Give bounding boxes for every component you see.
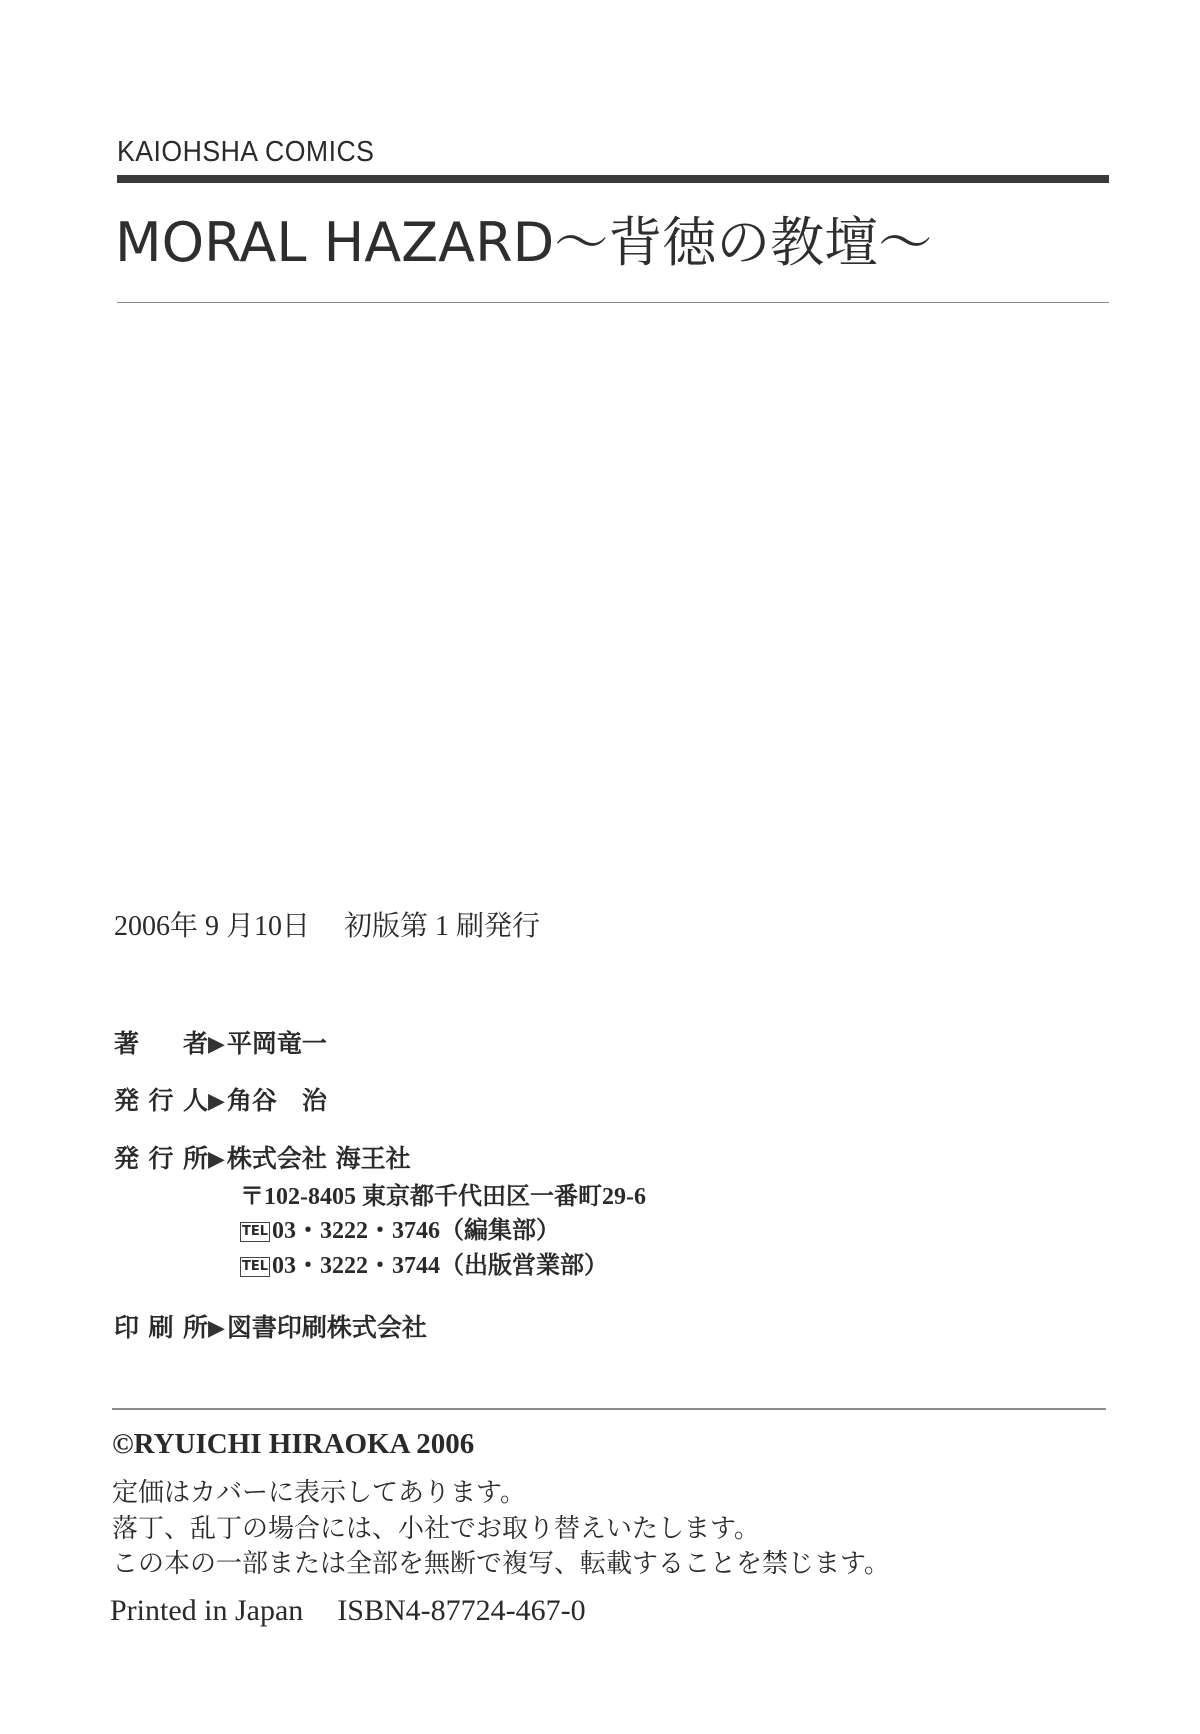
credit-author: 著 者▶平岡竜一 (114, 1024, 327, 1060)
arrow-icon: ▶ (208, 1089, 225, 1114)
notice-copy-prohibited: この本の一部または全部を無断で複写、転載することを禁じます。 (112, 1543, 890, 1580)
credit-value: 株式会社 海王社 (227, 1144, 411, 1173)
arrow-icon: ▶ (208, 1032, 225, 1057)
arrow-icon: ▶ (208, 1147, 225, 1172)
credit-value: 図書印刷株式会社 (227, 1313, 427, 1342)
footer-divider (112, 1408, 1106, 1410)
edition-line: 2006年 9 月10日初版第 1 刷発行 (114, 904, 540, 944)
tel-editorial-number: 03・3222・3746（編集部） (272, 1218, 560, 1244)
series-label: KAIOHSHA COMICS (117, 136, 374, 169)
publisher-tel-editorial: TEL03・3222・3746（編集部） (240, 1210, 560, 1245)
notice-replacement: 落丁、乱丁の場合には、小社でお取り替えいたします。 (112, 1508, 760, 1545)
notice-price: 定価はカバーに表示してあります。 (112, 1472, 526, 1509)
book-title: MORAL HAZARD～背徳の教壇～ (115, 212, 932, 274)
credit-value: 平岡竜一 (227, 1029, 327, 1058)
telephone-icon: TEL (240, 1222, 270, 1242)
printing-info: 初版第 1 刷発行 (344, 911, 540, 942)
publisher-postal-address: 〒102-8405 東京都千代田区一番町29-6 (240, 1176, 646, 1211)
tel-sales-number: 03・3222・3744（出版営業部） (272, 1253, 608, 1279)
credit-label: 著 者 (114, 1024, 208, 1060)
arrow-icon: ▶ (208, 1316, 225, 1341)
isbn: ISBN4-87724-467-0 (337, 1594, 585, 1627)
publication-date: 2006年 9 月10日 (114, 911, 310, 942)
telephone-icon: TEL (240, 1257, 270, 1277)
copyright-line: ©RYUICHI HIRAOKA 2006 (112, 1428, 474, 1461)
credit-label: 印刷所 (114, 1308, 208, 1344)
credit-printer: 印刷所▶図書印刷株式会社 (114, 1308, 427, 1344)
printed-in-japan: Printed in Japan (110, 1594, 303, 1627)
thick-rule-divider (117, 175, 1109, 183)
publisher-tel-sales: TEL03・3222・3744（出版営業部） (240, 1245, 608, 1280)
credit-label: 発行所 (114, 1139, 208, 1175)
credit-publisher-person: 発行人▶角谷 治 (114, 1081, 327, 1117)
credit-value: 角谷 治 (227, 1086, 327, 1115)
thin-rule-divider (117, 302, 1109, 303)
credit-label: 発行人 (114, 1081, 208, 1117)
printed-line: Printed in JapanISBN4-87724-467-0 (110, 1594, 586, 1628)
credit-publisher: 発行所▶株式会社 海王社 (114, 1139, 411, 1175)
